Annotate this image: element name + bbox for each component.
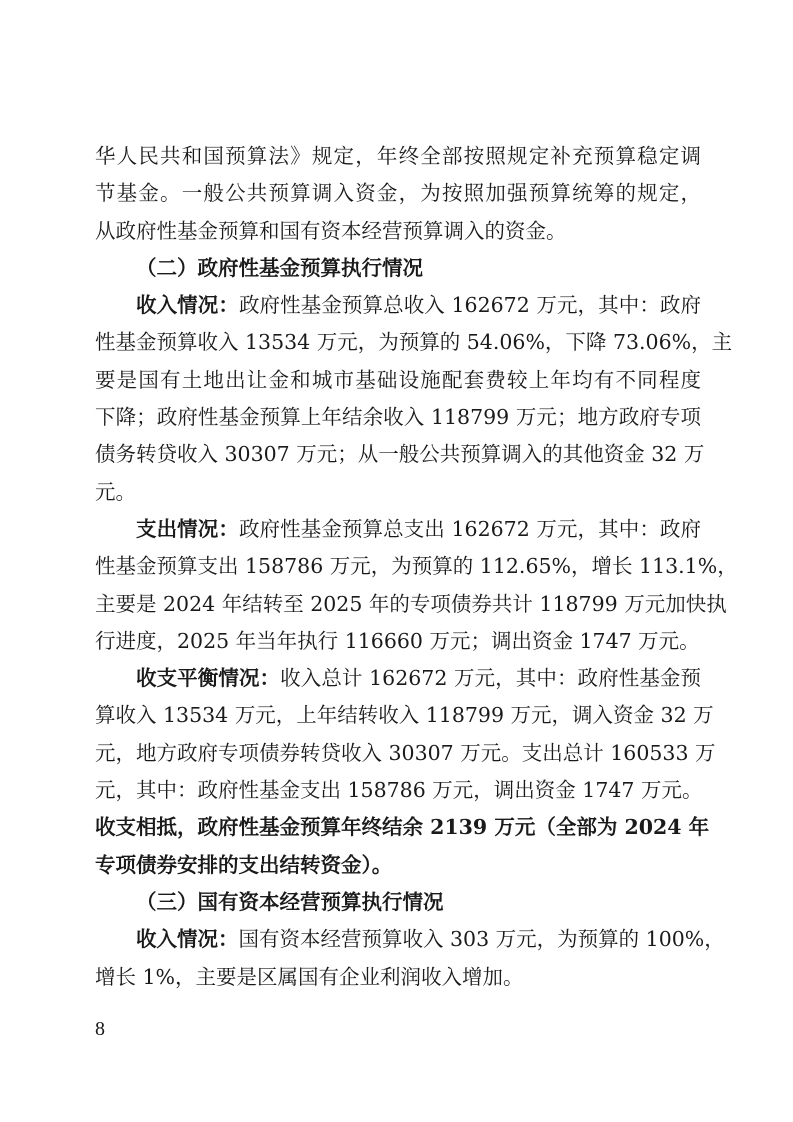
paragraph-label: 收入情况： xyxy=(136,927,239,951)
bold-conclusion-line: 专项债券安排的支出结转资金）。 xyxy=(95,847,701,884)
paragraph-label: 支出情况： xyxy=(136,517,239,541)
body-text-line: 节基金。一般公共预算调入资金，为按照加强预算统筹的规定， xyxy=(95,175,701,212)
section-heading-government-fund: （二）政府性基金预算执行情况 xyxy=(95,250,701,287)
paragraph-income-first-line: 收入情况：政府性基金预算总收入 162672 万元，其中：政府 xyxy=(95,287,701,324)
body-text-line: 债务转贷收入 30307 万元；从一般公共预算调入的其他资金 32 万 xyxy=(95,436,701,473)
section-heading-state-capital: （三）国有资本经营预算执行情况 xyxy=(95,884,701,921)
body-text: 国有资本经营预算收入 303 万元，为预算的 100%， xyxy=(239,927,725,951)
paragraph-capital-income-first-line: 收入情况：国有资本经营预算收入 303 万元，为预算的 100%， xyxy=(95,921,701,958)
paragraph-label: 收支平衡情况： xyxy=(136,666,280,690)
body-text-line: 下降；政府性基金预算上年结余收入 118799 万元；地方政府专项 xyxy=(95,399,701,436)
body-text-line: 主要是 2024 年结转至 2025 年的专项债券共计 118799 万元加快执 xyxy=(95,586,701,623)
page-number: 8 xyxy=(95,1018,105,1041)
paragraph-label: 收入情况： xyxy=(136,293,239,317)
body-text: 收入总计 162672 万元，其中：政府性基金预 xyxy=(280,666,701,690)
body-text-line: 增长 1%，主要是区属国有企业利润收入增加。 xyxy=(95,959,701,996)
document-page: 华人民共和国预算法》规定，年终全部按照规定补充预算稳定调 节基金。一般公共预算调… xyxy=(95,138,701,996)
body-text-line: 算收入 13534 万元，上年结转收入 118799 万元，调入资金 32 万 xyxy=(95,697,701,734)
paragraph-balance-first-line: 收支平衡情况：收入总计 162672 万元，其中：政府性基金预 xyxy=(95,660,701,697)
body-text-line: 行进度，2025 年当年执行 116660 万元；调出资金 1747 万元。 xyxy=(95,623,701,660)
body-text: 政府性基金预算总支出 162672 万元，其中：政府 xyxy=(239,517,701,541)
body-text-line: 华人民共和国预算法》规定，年终全部按照规定补充预算稳定调 xyxy=(95,138,701,175)
body-text-line: 要是国有土地出让金和城市基础设施配套费较上年均有不同程度 xyxy=(95,362,701,399)
body-text-line: 元。 xyxy=(95,474,701,511)
paragraph-expenditure-first-line: 支出情况：政府性基金预算总支出 162672 万元，其中：政府 xyxy=(95,511,701,548)
body-text-line: 元，其中：政府性基金支出 158786 万元，调出资金 1747 万元。 xyxy=(95,772,701,809)
bold-conclusion-line: 收支相抵，政府性基金预算年终结余 2139 万元（全部为 2024 年 xyxy=(95,809,701,846)
body-text-line: 元，地方政府专项债券转贷收入 30307 万元。支出总计 160533 万 xyxy=(95,735,701,772)
body-text: 政府性基金预算总收入 162672 万元，其中：政府 xyxy=(239,293,701,317)
body-text-line: 性基金预算支出 158786 万元，为预算的 112.65%，增长 113.1%… xyxy=(95,548,701,585)
body-text-line: 从政府性基金预算和国有资本经营预算调入的资金。 xyxy=(95,213,701,250)
body-text-line: 性基金预算收入 13534 万元，为预算的 54.06%，下降 73.06%，主 xyxy=(95,324,701,361)
